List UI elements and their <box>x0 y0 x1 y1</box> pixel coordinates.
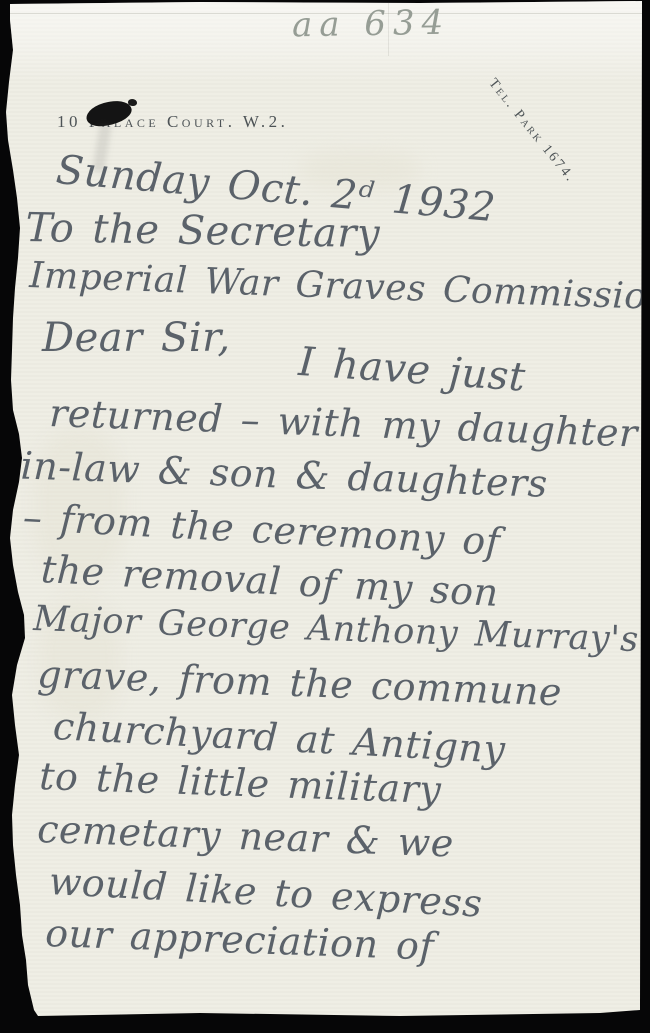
handwritten-line-recipient: To the Secretary <box>25 208 380 254</box>
handwritten-line: our appreciation of <box>45 914 435 966</box>
handwritten-line-salutation: Dear Sir, <box>42 318 231 358</box>
handwritten-line: returned – with my daughter <box>49 394 639 453</box>
handwritten-line: grave, from the commune <box>37 655 563 711</box>
letterhead-telephone: Tel. Park 1674. <box>485 76 579 186</box>
handwritten-line: cemetary near & we <box>37 810 455 863</box>
handwritten-line: Major George Anthony Murray's <box>33 602 640 658</box>
ink-blot-droplet <box>128 99 137 106</box>
letter-page: aa 634 10 Palace Court. W.2. Tel. Park 1… <box>0 0 650 1033</box>
handwritten-line-organization: Imperial War Graves Commission <box>29 258 650 316</box>
archival-reference-annotation: aa 634 <box>292 3 451 46</box>
handwritten-line: I have just <box>297 342 527 398</box>
